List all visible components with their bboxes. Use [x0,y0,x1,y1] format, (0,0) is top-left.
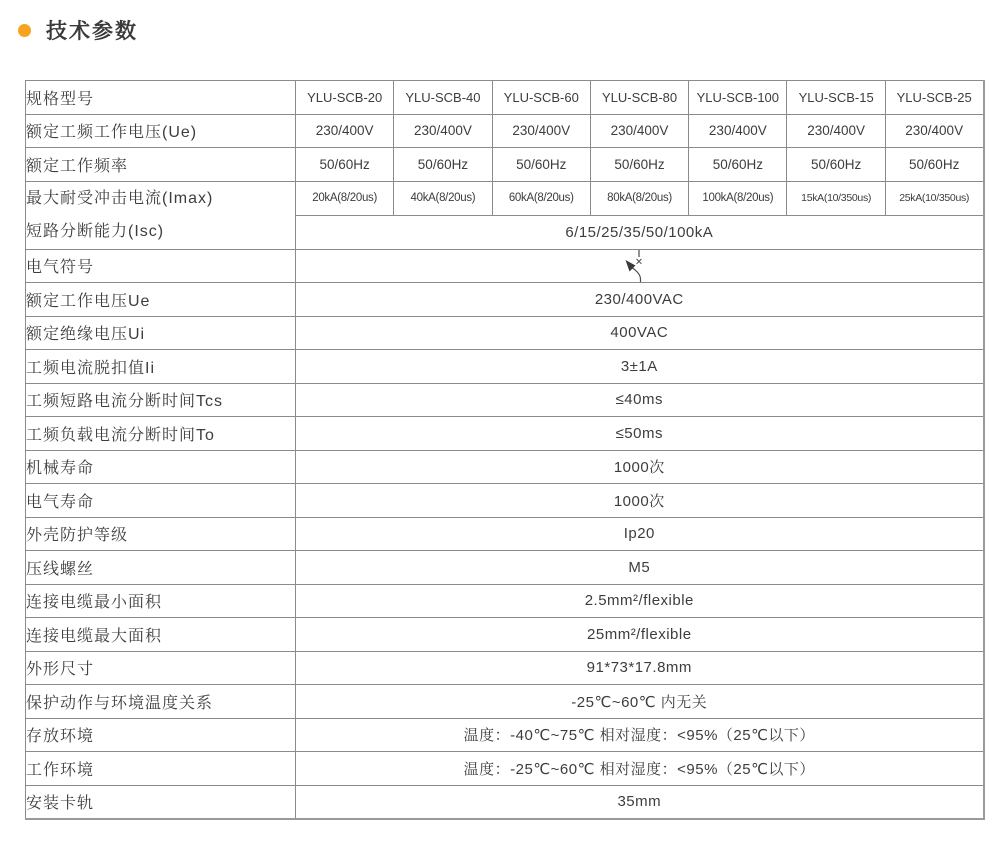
table-row-spec: 外形尺寸 91*73*17.8mm [26,651,984,685]
value-cell: 230/400V [590,114,688,148]
value-cell: 50/60Hz [885,148,983,182]
value-cell: 50/60Hz [394,148,492,182]
row-label: 保护动作与环境温度关系 [26,685,296,719]
table-row-rated-voltage: 额定工频工作电压(Ue) 230/400V 230/400V 230/400V … [26,114,984,148]
table-row-spec: 外壳防护等级 Ip20 [26,517,984,551]
section-header: 技术参数 [18,16,1000,44]
merged-value-cell: 6/15/25/35/50/100kA [296,215,984,249]
value-cell: 100kA(8/20us) [689,181,787,215]
table-row-models: 规格型号 YLU-SCB-20 YLU-SCB-40 YLU-SCB-60 YL… [26,81,984,115]
value-cell: 50/60Hz [590,148,688,182]
merged-value-cell: 2.5mm²/flexible [296,584,984,618]
merged-value-cell: M5 [296,551,984,585]
disconnector-symbol-icon [589,250,689,283]
value-cell: 50/60Hz [492,148,590,182]
table-row-spec: 额定绝缘电压Ui 400VAC [26,316,984,350]
value-cell: 80kA(8/20us) [590,181,688,215]
row-label: 工频负载电流分断时间To [26,417,296,451]
bullet-icon [18,24,31,37]
merged-value-cell: ≤40ms [296,383,984,417]
table-row-symbol: 电气符号 [26,249,984,283]
model-header-cell: YLU-SCB-15 [787,81,885,115]
value-cell: 15kA(10/350us) [787,181,885,215]
row-label: 电气寿命 [26,484,296,518]
row-label: 压线螺丝 [26,551,296,585]
imax-label: 最大耐受冲击电流(Imax) [26,182,295,216]
table-row-spec: 保护动作与环境温度关系 -25℃~60℃ 内无关 [26,685,984,719]
merged-value-cell: 1000次 [296,484,984,518]
value-cell: 25kA(10/350us) [885,181,983,215]
model-header-cell: YLU-SCB-80 [590,81,688,115]
row-label: 工频电流脱扣值Ii [26,350,296,384]
merged-value-cell: 3±1A [296,350,984,384]
value-cell: 230/400V [787,114,885,148]
row-label: 规格型号 [26,81,296,115]
row-label: 机械寿命 [26,450,296,484]
row-label: 外壳防护等级 [26,517,296,551]
row-label: 额定绝缘电压Ui [26,316,296,350]
model-header-cell: YLU-SCB-60 [492,81,590,115]
merged-value-cell: 25mm²/flexible [296,618,984,652]
row-label-imax-isc: 最大耐受冲击电流(Imax) 短路分断能力(Isc) [26,181,296,249]
table-row-spec: 压线螺丝 M5 [26,551,984,585]
table-row-rated-frequency: 额定工作频率 50/60Hz 50/60Hz 50/60Hz 50/60Hz 5… [26,148,984,182]
table-row-spec: 工作环境 温度：-25℃~60℃ 相对湿度：<95%（25℃以下） [26,752,984,786]
table-row-spec: 电气寿命 1000次 [26,484,984,518]
row-label: 安装卡轨 [26,785,296,819]
value-cell: 60kA(8/20us) [492,181,590,215]
spec-table: 规格型号 YLU-SCB-20 YLU-SCB-40 YLU-SCB-60 YL… [25,80,985,820]
merged-value-cell: 230/400VAC [296,283,984,317]
table-row-spec: 连接电缆最小面积 2.5mm²/flexible [26,584,984,618]
value-cell: 50/60Hz [689,148,787,182]
merged-value-cell: 1000次 [296,450,984,484]
table-row-spec: 机械寿命 1000次 [26,450,984,484]
table-row-imax: 最大耐受冲击电流(Imax) 短路分断能力(Isc) 20kA(8/20us) … [26,181,984,215]
merged-value-cell: 35mm [296,785,984,819]
model-header-cell: YLU-SCB-20 [296,81,394,115]
merged-value-cell: -25℃~60℃ 内无关 [296,685,984,719]
row-label: 额定工作频率 [26,148,296,182]
merged-value-cell: 温度：-40℃~75℃ 相对湿度：<95%（25℃以下） [296,718,984,752]
merged-value-cell: 400VAC [296,316,984,350]
row-label: 额定工作电压Ue [26,283,296,317]
value-cell: 230/400V [689,114,787,148]
table-row-spec: 工频短路电流分断时间Tcs ≤40ms [26,383,984,417]
row-label: 外形尺寸 [26,651,296,685]
table-row-spec: 工频负载电流分断时间To ≤50ms [26,417,984,451]
merged-value-cell: ≤50ms [296,417,984,451]
isc-label: 短路分断能力(Isc) [26,215,295,249]
row-label: 连接电缆最大面积 [26,618,296,652]
row-label: 额定工频工作电压(Ue) [26,114,296,148]
value-cell: 50/60Hz [296,148,394,182]
table-row-spec: 存放环境 温度：-40℃~75℃ 相对湿度：<95%（25℃以下） [26,718,984,752]
page-title: 技术参数 [46,15,138,45]
row-label: 电气符号 [26,249,296,283]
merged-value-cell: 91*73*17.8mm [296,651,984,685]
value-cell: 230/400V [394,114,492,148]
value-cell: 230/400V [885,114,983,148]
model-header-cell: YLU-SCB-25 [885,81,983,115]
table-row-spec: 工频电流脱扣值Ii 3±1A [26,350,984,384]
value-cell: 230/400V [492,114,590,148]
row-label: 工频短路电流分断时间Tcs [26,383,296,417]
table-row-spec: 额定工作电压Ue 230/400VAC [26,283,984,317]
table-row-spec: 连接电缆最大面积 25mm²/flexible [26,618,984,652]
model-header-cell: YLU-SCB-100 [689,81,787,115]
merged-value-cell: Ip20 [296,517,984,551]
electrical-symbol-cell [296,249,984,283]
row-label: 工作环境 [26,752,296,786]
value-cell: 20kA(8/20us) [296,181,394,215]
row-label: 连接电缆最小面积 [26,584,296,618]
model-header-cell: YLU-SCB-40 [394,81,492,115]
value-cell: 40kA(8/20us) [394,181,492,215]
merged-value-cell: 温度：-25℃~60℃ 相对湿度：<95%（25℃以下） [296,752,984,786]
value-cell: 50/60Hz [787,148,885,182]
table-row-spec: 安装卡轨 35mm [26,785,984,819]
row-label: 存放环境 [26,718,296,752]
value-cell: 230/400V [296,114,394,148]
